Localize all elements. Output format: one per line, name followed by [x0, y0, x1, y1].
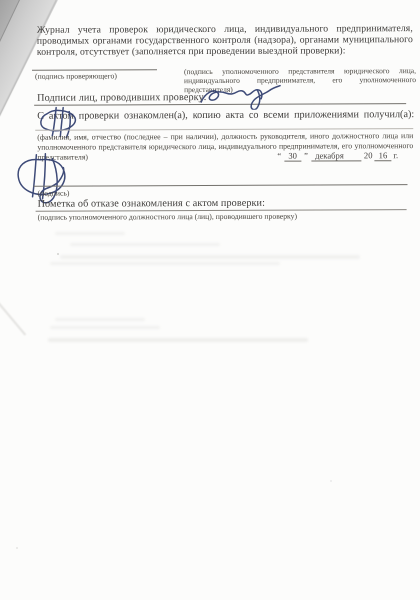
intro-paragraph: Журнал учета проверок юридического лица,… [37, 24, 413, 58]
date-month: декабря [311, 150, 362, 161]
date-century: 20 [364, 150, 373, 160]
acknowledgement-line: С актом проверки ознакомлен(а), копию ак… [37, 109, 414, 122]
signatures-heading: Подписи лиц, проводивших проверку: [37, 92, 206, 104]
bleed-through-mark [60, 255, 360, 259]
signature-caption: (подпись) [38, 189, 70, 198]
refusal-heading: Пометка об отказе ознакомления с актом п… [38, 198, 265, 210]
bleed-through-mark [55, 232, 125, 235]
dust-speck [330, 480, 332, 482]
bleed-through-mark [48, 338, 308, 342]
refusal-caption: (подпись уполномоченного должностного ли… [38, 212, 297, 222]
date-open-quote: “ [276, 151, 282, 161]
bleed-through-mark [70, 243, 220, 246]
date-day: 30 [284, 151, 301, 162]
date-suffix: г. [393, 150, 398, 160]
document-content: Журнал учета проверок юридического лица,… [0, 0, 420, 600]
inspector-signature-caption: (подпись проверяющего) [35, 71, 117, 80]
dust-speck [57, 253, 59, 255]
handwritten-signature-inspector [197, 82, 283, 110]
scanned-document-page: Журнал учета проверок юридического лица,… [0, 0, 420, 600]
recipient-signature-line [33, 184, 407, 187]
bleed-through-mark [50, 326, 160, 329]
date-line: “ 30 ” декабря 20 16 г. [276, 150, 398, 161]
bleed-through-mark [50, 262, 280, 265]
date-close-quote: ” [303, 151, 309, 161]
dust-speck [16, 547, 18, 549]
date-year: 16 [375, 150, 392, 161]
bleed-through-mark [55, 318, 145, 321]
